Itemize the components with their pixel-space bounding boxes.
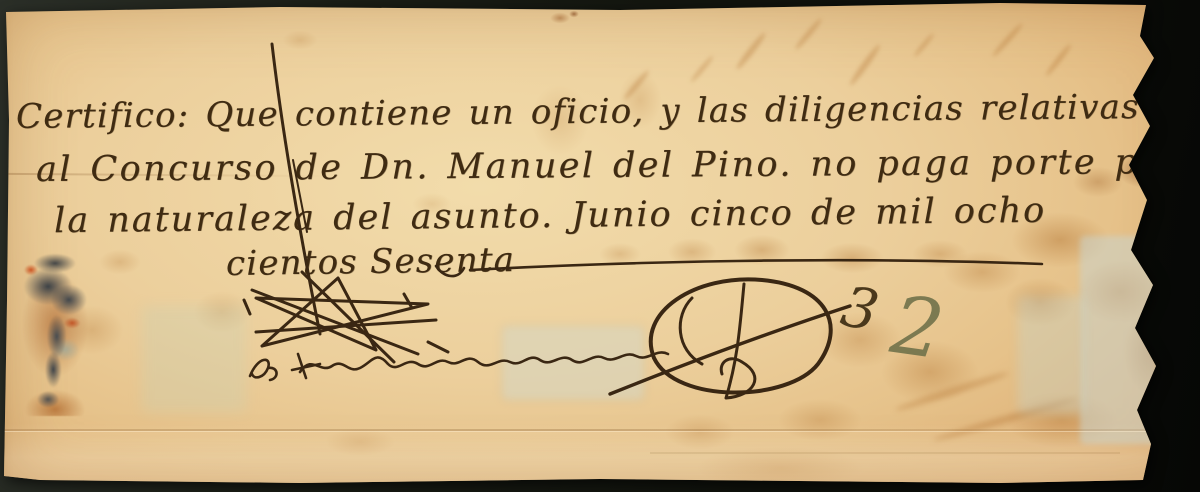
stain-smear [894, 370, 1010, 414]
seal-remnant-stain [12, 250, 98, 416]
repair-patch-center [502, 326, 644, 400]
ink-offset-streak [690, 55, 715, 84]
repair-patch-right [1080, 236, 1158, 444]
signature-initial [250, 360, 277, 380]
text-line-4: cientos Sesenta [226, 240, 516, 284]
rubric-oval [651, 279, 831, 392]
ink-offset-streak [734, 31, 767, 71]
rubric-tail [610, 306, 850, 394]
star-doodle [256, 278, 428, 350]
paper-crease-bottom-right [650, 452, 1120, 454]
control-number-brown: 3 [837, 279, 884, 341]
vb-abbreviation-mark [292, 354, 320, 378]
cancellation-stroke [272, 44, 320, 334]
rubric-inner-arc [680, 298, 702, 364]
text-line-3: la naturaleza del asunto. Junio cinco de… [54, 191, 1047, 241]
ink-offset-streak [794, 17, 824, 51]
repair-patch-left [142, 306, 246, 412]
photo-backdrop: Certifico: Que contiene un oficio, y las… [0, 0, 1200, 492]
text-line-1: Certifico: Que contiene un oficio, y las… [16, 87, 1140, 137]
flourish-line [436, 260, 1042, 276]
paper-shadow-wrap: Certifico: Que contiene un oficio, y las… [0, 0, 1200, 492]
text-line-2: al Concurso de Dn. Manuel del Pino. no p… [36, 142, 1182, 190]
repair-patch-right-lower [1018, 296, 1084, 414]
ink-offset-streak [848, 43, 882, 87]
rubric-downstroke [721, 284, 755, 398]
ink-offset-streak [991, 22, 1024, 58]
document-paper: Certifico: Que contiene un oficio, y las… [0, 0, 1200, 492]
control-number-green: 2 [887, 285, 949, 371]
ink-offset-streak [1044, 43, 1073, 78]
ink-offset-streak [913, 32, 935, 58]
star-doodle-strokes [244, 272, 448, 362]
